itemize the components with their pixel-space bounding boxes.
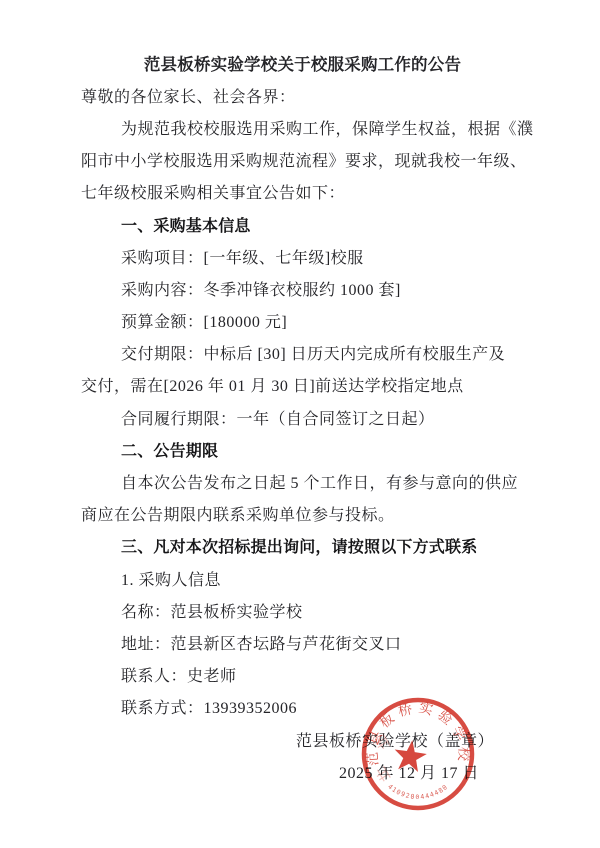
section-heading-3: 三、凡对本次招标提出询问，请按照以下方式联系	[81, 530, 524, 562]
text-line: 阳市中小学校服选用采购规范流程》要求，现就我校一年级、	[81, 144, 524, 176]
text-line-name: 名称：范县板桥实验学校	[81, 594, 524, 626]
text-line-delivery: 交付期限：中标后 [30] 日历天内完成所有校服生产及	[81, 337, 524, 369]
page-title: 范县板桥实验学校关于校服采购工作的公告	[81, 47, 524, 79]
text-line-buyer-info: 1. 采购人信息	[81, 562, 524, 594]
text-line-contract: 合同履行期限：一年（自合同签订之日起）	[81, 401, 524, 433]
section-heading-1: 一、采购基本信息	[81, 208, 524, 240]
text-line-address: 地址：范县新区杏坛路与芦花街交叉口	[81, 626, 524, 658]
signature-date-line: 2025 年 12 月 17 日	[81, 755, 524, 787]
text-line: 为规范我校校服选用采购工作，保障学生权益，根据《濮	[81, 111, 524, 143]
announcement-document: 范县板桥实验学校关于校服采购工作的公告 尊敬的各位家长、社会各界： 为规范我校校…	[0, 0, 600, 848]
text-line: 交付，需在[2026 年 01 月 30 日]前送达学校指定地点	[81, 369, 524, 401]
text-line-content: 采购内容：冬季冲锋衣校服约 1000 套]	[81, 272, 524, 304]
text-line-project: 采购项目：[一年级、七年级]校服	[81, 240, 524, 272]
text-line: 自本次公告发布之日起 5 个工作日，有参与意向的供应	[81, 465, 524, 497]
text-line-salutation: 尊敬的各位家长、社会各界：	[81, 79, 524, 111]
text-line: 商应在公告期限内联系采购单位参与投标。	[81, 498, 524, 530]
text-line-phone: 联系方式：13939352006	[81, 691, 524, 723]
text-line-contact: 联系人：史老师	[81, 659, 524, 691]
section-heading-2: 二、公告期限	[81, 433, 524, 465]
text-line: 七年级校服采购相关事宜公告如下：	[81, 176, 524, 208]
document-body: 范县板桥实验学校关于校服采购工作的公告 尊敬的各位家长、社会各界： 为规范我校校…	[81, 47, 524, 787]
text-line-budget: 预算金额：[180000 元]	[81, 305, 524, 337]
signature-org-line: 范县板桥实验学校（盖章）	[81, 723, 524, 755]
